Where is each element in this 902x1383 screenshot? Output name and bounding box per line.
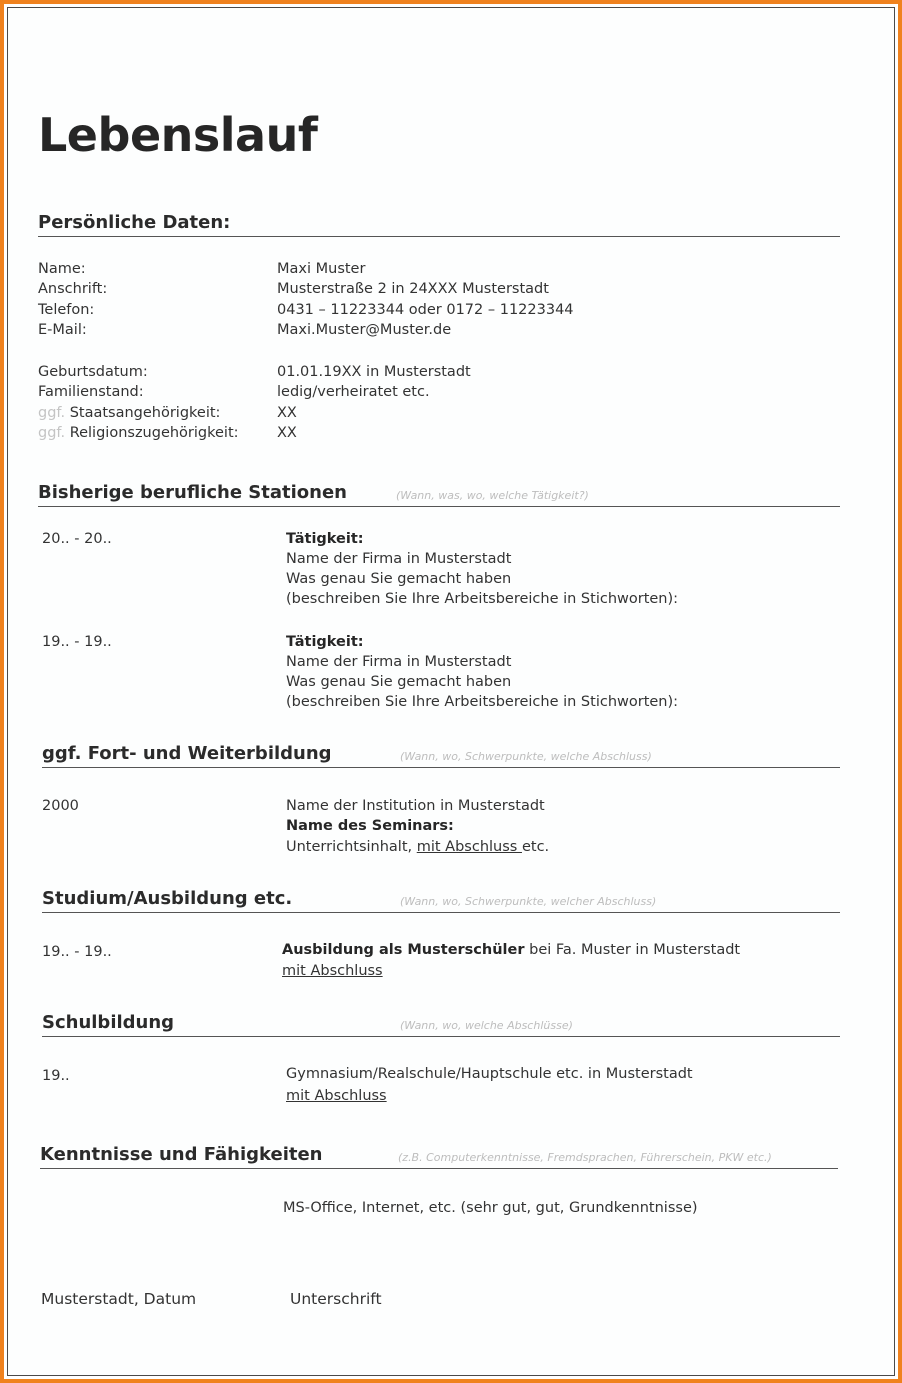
- career-company: Name der Firma in Musterstadt: [286, 549, 511, 570]
- section-personal-heading: Persönliche Daten:: [38, 212, 230, 233]
- studies-title: Ausbildung als Musterschüler bei Fa. Mus…: [282, 940, 740, 961]
- studies-period: 19.. - 19..: [42, 942, 112, 963]
- personal-value-marital-status: ledig/verheiratet etc.: [277, 382, 430, 403]
- section-school-header: Schulbildung (Wann, wo, welche Abschlüss…: [42, 1012, 840, 1037]
- personal-value-address: Musterstraße 2 in 24XXX Musterstadt: [277, 279, 549, 300]
- place-date: Musterstadt, Datum: [41, 1289, 196, 1310]
- personal-label-birthdate: Geburtsdatum:: [38, 362, 148, 383]
- personal-value-nationality: XX: [277, 403, 297, 424]
- career-role: Tätigkeit:: [286, 529, 364, 550]
- personal-value-religion: XX: [277, 423, 297, 444]
- section-career-heading: Bisherige berufliche Stationen: [38, 482, 347, 503]
- career-period: 19.. - 19..: [42, 632, 112, 653]
- school-degree: mit Abschluss: [286, 1086, 387, 1107]
- training-period: 2000: [42, 796, 79, 817]
- career-description-hint: (beschreiben Sie Ihre Arbeitsbereiche in…: [286, 692, 678, 713]
- optional-prefix: ggf.: [38, 425, 65, 441]
- career-role: Tätigkeit:: [286, 632, 364, 653]
- career-period: 20.. - 20..: [42, 529, 112, 550]
- optional-prefix: ggf.: [38, 405, 65, 421]
- section-career-header: Bisherige berufliche Stationen (Wann, wa…: [38, 482, 840, 507]
- section-school-heading: Schulbildung: [42, 1012, 174, 1033]
- section-skills-hint: (z.B. Computerkenntnisse, Fremdsprachen,…: [398, 1151, 772, 1164]
- section-school-hint: (Wann, wo, welche Abschlüsse): [400, 1019, 573, 1032]
- section-training-hint: (Wann, wo, Schwerpunkte, welche Abschlus…: [400, 750, 652, 763]
- section-training-header: ggf. Fort- und Weiterbildung (Wann, wo, …: [42, 743, 840, 768]
- personal-label-religion: ggf. Religionszugehörigkeit:: [38, 423, 239, 444]
- section-training-heading: ggf. Fort- und Weiterbildung: [42, 743, 332, 764]
- document-title: Lebenslauf: [38, 108, 317, 162]
- training-content: Unterrichtsinhalt, mit Abschluss etc.: [286, 837, 549, 858]
- section-career-hint: (Wann, was, wo, welche Tätigkeit?): [396, 489, 589, 502]
- studies-degree: mit Abschluss: [282, 961, 383, 982]
- section-studies-heading: Studium/Ausbildung etc.: [42, 888, 292, 909]
- training-institution: Name der Institution in Musterstadt: [286, 796, 545, 817]
- training-seminar: Name des Seminars:: [286, 816, 454, 837]
- personal-value-phone: 0431 – 11223344 oder 0172 – 11223344: [277, 300, 574, 321]
- personal-label-address: Anschrift:: [38, 279, 107, 300]
- personal-label-marital-status: Familienstand:: [38, 382, 144, 403]
- section-skills-header: Kenntnisse und Fähigkeiten (z.B. Compute…: [40, 1144, 838, 1169]
- personal-label-email: E-Mail:: [38, 320, 87, 341]
- personal-value-birthdate: 01.01.19XX in Musterstadt: [277, 362, 471, 383]
- school-period: 19..: [42, 1066, 70, 1087]
- career-description: Was genau Sie gemacht haben: [286, 569, 511, 590]
- personal-label-phone: Telefon:: [38, 300, 94, 321]
- section-skills-heading: Kenntnisse und Fähigkeiten: [40, 1144, 323, 1165]
- personal-value-email: Maxi.Muster@Muster.de: [277, 320, 451, 341]
- career-description-hint: (beschreiben Sie Ihre Arbeitsbereiche in…: [286, 589, 678, 610]
- personal-value-name: Maxi Muster: [277, 259, 365, 280]
- school-name: Gymnasium/Realschule/Hauptschule etc. in…: [286, 1064, 693, 1085]
- career-company: Name der Firma in Musterstadt: [286, 652, 511, 673]
- skills-text: MS-Office, Internet, etc. (sehr gut, gut…: [283, 1198, 698, 1219]
- section-studies-header: Studium/Ausbildung etc. (Wann, wo, Schwe…: [42, 888, 840, 913]
- section-personal-header: Persönliche Daten:: [38, 212, 840, 237]
- resume-page: Lebenslauf Persönliche Daten: Name: Maxi…: [0, 0, 902, 1383]
- training-degree: mit Abschluss: [417, 839, 522, 855]
- personal-label-name: Name:: [38, 259, 86, 280]
- personal-label-nationality: ggf. Staatsangehörigkeit:: [38, 403, 220, 424]
- signature: Unterschrift: [290, 1289, 382, 1310]
- section-studies-hint: (Wann, wo, Schwerpunkte, welcher Abschlu…: [400, 895, 656, 908]
- career-description: Was genau Sie gemacht haben: [286, 672, 511, 693]
